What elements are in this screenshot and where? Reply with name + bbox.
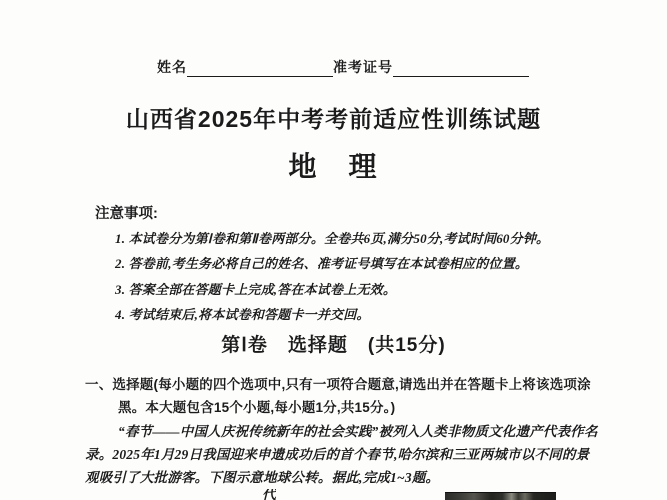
notes-heading: 注意事项:: [95, 202, 158, 223]
passage-line-2: 录。2025年1月29日我国迎来申遗成功后的首个春节,哈尔滨和三亚两城市以不同的…: [85, 443, 589, 463]
exam-paper-page: 姓名准考证号 山西省2025年中考考前适应性训练试题 地 理 注意事项: 1. …: [0, 0, 667, 500]
ticket-blank-underline: [393, 62, 529, 77]
name-blank-underline: [187, 62, 333, 77]
note-item-3: 3. 答案全部在答题卡上完成,答在本试卷上无效。: [115, 279, 590, 298]
section-heading: 第Ⅰ卷 选择题 (共15分): [0, 330, 667, 357]
question-intro-line-2: 黑。本大题包含15个小题,每小题1分,共15分。): [118, 396, 395, 416]
note-item-2: 2. 答卷前,考生务必将自己的姓名、准考证号填写在本试卷相应的位置。: [115, 253, 590, 272]
page-title: 山西省2025年中考考前适应性训练试题: [0, 101, 667, 134]
passage-line-1: “春节——中国人庆祝传统新年的社会实践”被列入人类非物质文化遗产代表作名: [118, 420, 598, 440]
clipped-diagram-label: 代: [262, 489, 276, 500]
header-fields-row: 姓名准考证号: [157, 57, 529, 77]
subject-title: 地 理: [0, 145, 667, 185]
figure-photo-top-edge: [445, 492, 556, 500]
name-label: 姓名: [157, 57, 187, 77]
ticket-label: 准考证号: [333, 57, 393, 77]
note-item-1: 1. 本试卷分为第Ⅰ卷和第Ⅱ卷两部分。全卷共6页,满分50分,考试时间60分钟。: [115, 228, 590, 247]
question-intro-line-1: 一、选择题(每小题的四个选项中,只有一项符合题意,请选出并在答题卡上将该选项涂: [85, 373, 591, 393]
note-item-4: 4. 考试结束后,将本试卷和答题卡一并交回。: [115, 304, 590, 323]
passage-line-3: 观吸引了大批游客。下图示意地球公转。据此,完成1~3题。: [85, 466, 439, 486]
